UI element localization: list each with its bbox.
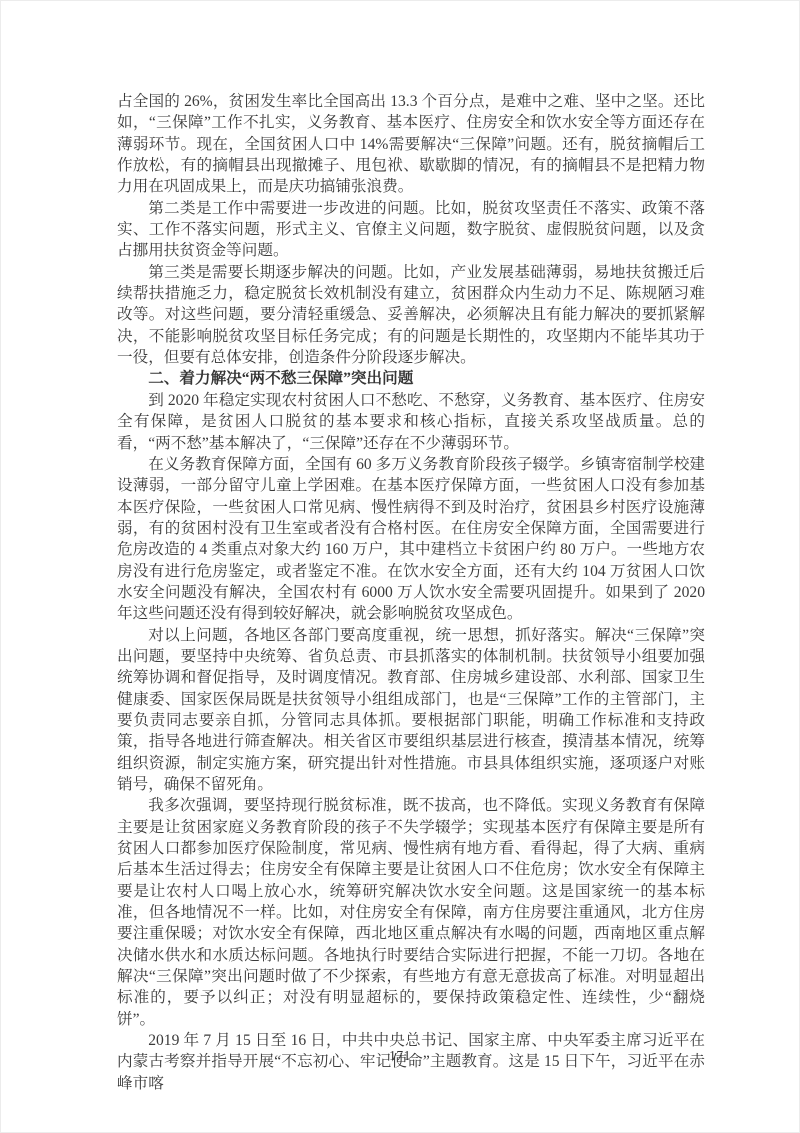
paragraph: 第二类是工作中需要进一步改进的问题。比如，脱贫攻坚责任不落实、政策不落实、工作不… bbox=[117, 198, 705, 262]
document-page: 占全国的 26%，贫困发生率比全国高出 13.3 个百分点，是难中之难、坚中之坚… bbox=[0, 0, 800, 1133]
paragraph: 对以上问题，各地区各部门要高度重视，统一思想，抓好落实。解决“三保障”突出问题，… bbox=[117, 625, 705, 796]
paragraph: 占全国的 26%，贫困发生率比全国高出 13.3 个百分点，是难中之难、坚中之坚… bbox=[117, 91, 705, 198]
paragraph: 到 2020 年稳定实现农村贫困人口不愁吃、不愁穿，义务教育、基本医疗、住房安全… bbox=[117, 390, 705, 454]
paragraph: 第三类是需要长期逐步解决的问题。比如，产业发展基础薄弱，易地扶贫搬迁后续帮扶措施… bbox=[117, 262, 705, 369]
page-number: 171 bbox=[0, 1048, 800, 1064]
paragraph: 在义务教育保障方面，全国有 60 多万义务教育阶段孩子辍学。乡镇寄宿制学校建设薄… bbox=[117, 454, 705, 625]
paragraph: 我多次强调，要坚持现行脱贫标准，既不拔高，也不降低。实现义务教育有保障主要是让贫… bbox=[117, 795, 705, 1030]
section-heading: 二、着力解决“两不愁三保障”突出问题 bbox=[117, 368, 705, 389]
document-content: 占全国的 26%，贫困发生率比全国高出 13.3 个百分点，是难中之难、坚中之坚… bbox=[117, 91, 705, 1094]
